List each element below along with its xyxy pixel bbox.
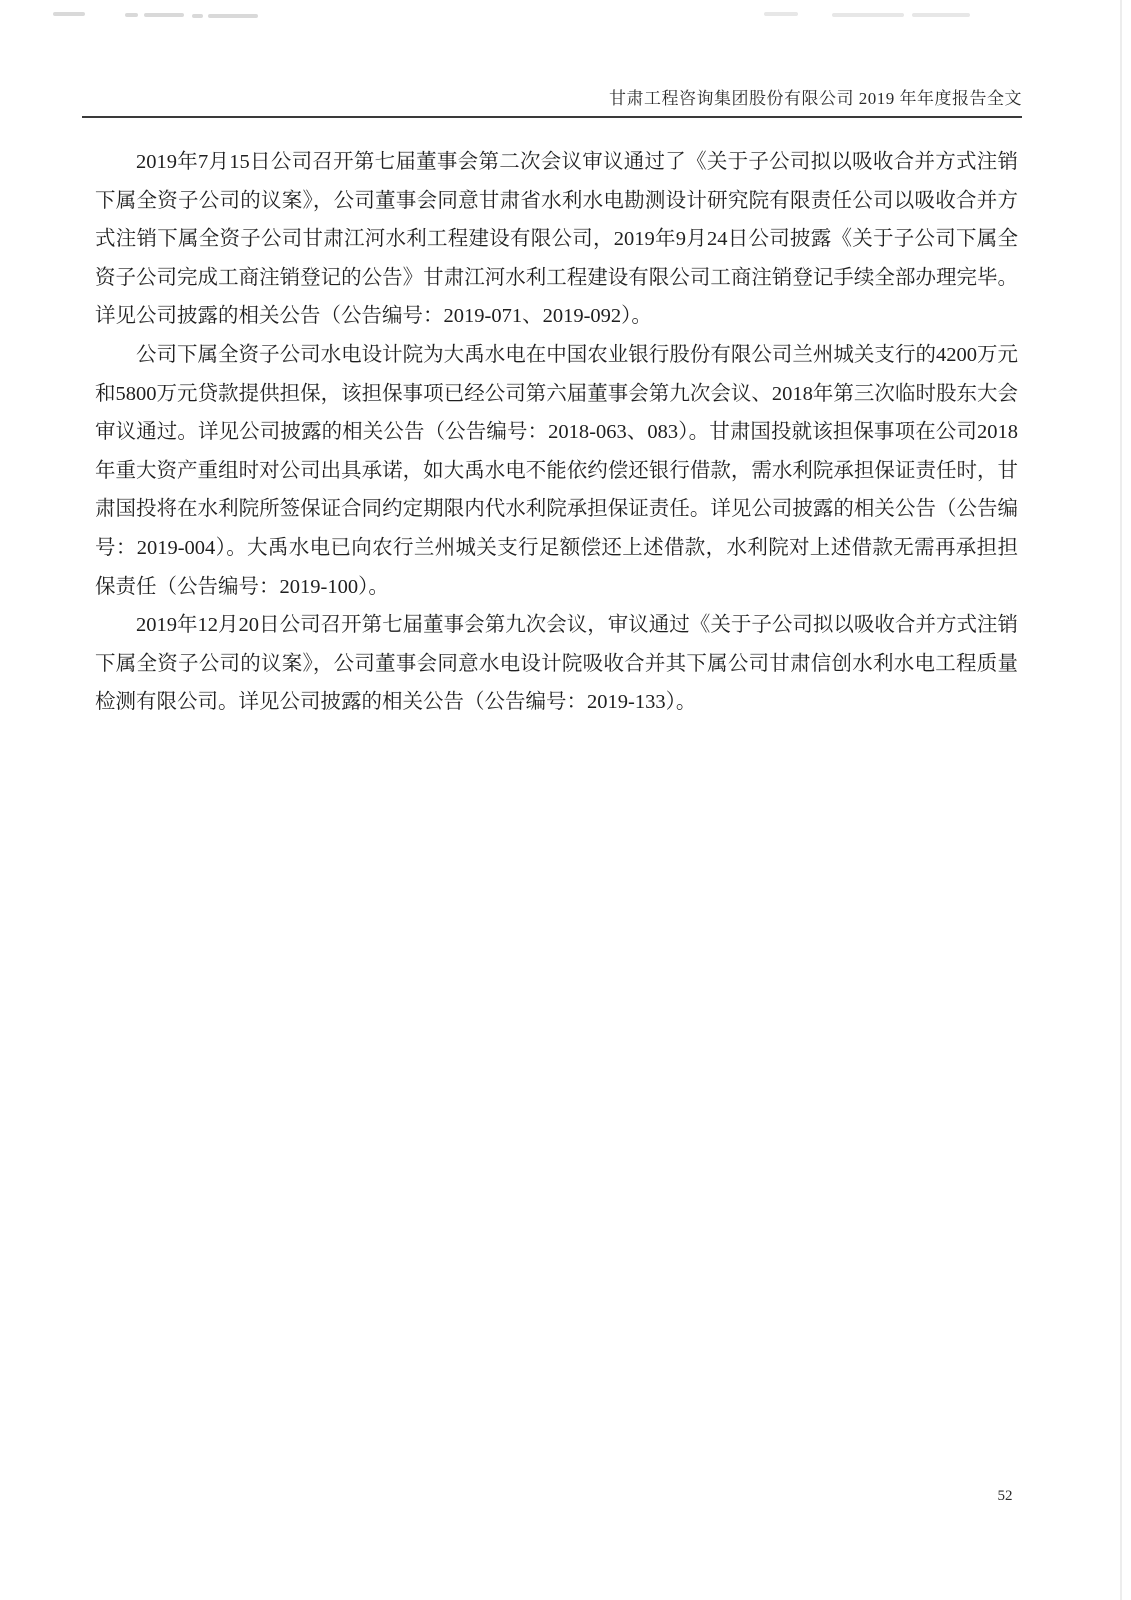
scan-smudge bbox=[764, 12, 798, 16]
scan-smudge bbox=[53, 12, 85, 16]
paragraph-board-meeting-december: 2019年12月20日公司召开第七届董事会第九次会议，审议通过《关于子公司拟以吸… bbox=[95, 606, 1018, 722]
scan-smudge bbox=[832, 13, 904, 17]
scan-edge-artifact bbox=[1120, 0, 1122, 1600]
report-body: 2019年7月15日公司召开第七届董事会第二次会议审议通过了《关于子公司拟以吸收… bbox=[95, 143, 1018, 722]
scan-smudge bbox=[208, 14, 258, 18]
page-number: 52 bbox=[960, 1488, 1050, 1505]
paragraph-board-meeting-july: 2019年7月15日公司召开第七届董事会第二次会议审议通过了《关于子公司拟以吸收… bbox=[95, 143, 1018, 336]
report-page: 甘肃工程咨询集团股份有限公司 2019 年年度报告全文 2019年7月15日公司… bbox=[0, 0, 1131, 1600]
scan-smudge bbox=[144, 13, 184, 17]
scan-smudge bbox=[192, 14, 203, 18]
header-divider bbox=[82, 116, 1022, 118]
scan-smudge bbox=[125, 13, 138, 17]
scan-smudge bbox=[912, 13, 970, 17]
paragraph-guarantee-loans: 公司下属全资子公司水电设计院为大禹水电在中国农业银行股份有限公司兰州城关支行的4… bbox=[95, 336, 1018, 606]
page-header-title: 甘肃工程咨询集团股份有限公司 2019 年年度报告全文 bbox=[82, 84, 1022, 109]
